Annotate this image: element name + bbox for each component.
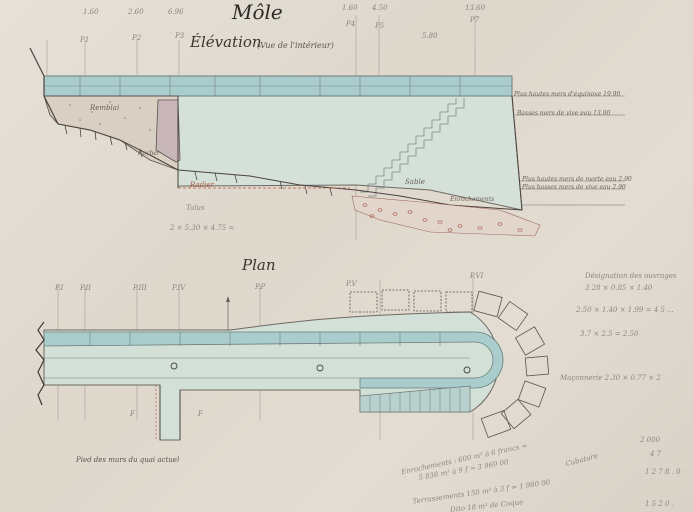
dim-6: 13.60 — [465, 4, 485, 12]
calc-right-2: 3 28 × 0.85 × 1.40 — [585, 284, 652, 292]
label-rocher: Rocher — [138, 150, 160, 157]
dim-1: 1.60 — [83, 8, 99, 16]
calc-right-3: 2.50 × 1.40 × 1.99 = 4 5 ... — [576, 306, 674, 314]
plan-profile-6: P.VI — [470, 272, 483, 280]
calc-right-4: 3.7 × 2.5 = 2.50 — [580, 330, 638, 338]
calc-right-10: 1 5 2 0 . — [645, 500, 674, 508]
plan-profile-2: P.II — [80, 284, 91, 292]
label-enrochements: Enrochements — [450, 196, 494, 203]
dim-7: 5.80 — [422, 32, 438, 40]
calc-right-7: 2 000 — [640, 436, 660, 444]
elevation-sublabel: (Vue de l'intérieur) — [257, 41, 334, 50]
profile-mark-6: P7 — [470, 16, 479, 24]
plan-profile-5: P.V — [346, 280, 357, 288]
profile-mark-5: P5 — [375, 22, 384, 30]
mole-body-elevation — [178, 96, 522, 210]
calc-right-5: Maçonnerie 2.30 × 0.77 × 2 — [560, 374, 661, 382]
calc-right-9: 1 2 7 8 . 0 — [645, 468, 681, 476]
plan-profile-3: P.III — [133, 284, 147, 292]
label-sable: Sable — [405, 178, 425, 186]
label-remblai: Remblai — [90, 104, 119, 112]
note-calc: 2 × 5.30 × 4.75 = — [170, 224, 234, 232]
dim-5: 4.50 — [372, 4, 388, 12]
plan-profile-4: P.IV — [172, 284, 185, 292]
plan-profile-1: P.I — [55, 284, 63, 292]
profile-mark-2: P2 — [132, 34, 141, 42]
elevation-label: Élévation — [190, 33, 262, 51]
rock-blocks-plan — [350, 290, 472, 312]
plan-bottom-note: Pied des murs du quai actuel — [76, 456, 179, 464]
drawing-title: Môle — [232, 0, 283, 24]
left-ragged-edge — [36, 322, 44, 405]
section-mark-left: F — [130, 410, 135, 418]
water-level-3: Plus hautes mers de morte eau 2.90 — [522, 176, 632, 183]
drawing-sheet: Môle Élévation (Vue de l'intérieur) 1.60… — [0, 0, 693, 512]
note-talus: Talus — [186, 204, 205, 212]
water-level-1: Plus hautes mers d'équinoxe 19.90 — [514, 91, 620, 98]
section-mark-right: F — [198, 410, 203, 418]
plan-scale-mark: P.P — [255, 283, 265, 291]
water-level-2: Basses mers de vive eau 13.90 — [517, 110, 610, 117]
technical-drawing — [0, 0, 693, 512]
water-level-4: Plus basses mers de vive eau 2.90 — [522, 184, 626, 191]
calc-right-8: 4 7 — [650, 450, 661, 458]
calc-right-1: Désignation des ouvrages — [585, 272, 677, 280]
profile-mark-4: P4 — [346, 20, 355, 28]
dim-3: 6.96 — [168, 8, 184, 16]
dim-4: 1.60 — [342, 4, 358, 12]
profile-mark-3: P3 — [175, 32, 184, 40]
dim-2: 2.60 — [128, 8, 144, 16]
plan-label: Plan — [242, 256, 276, 274]
profile-mark-1: P1 — [80, 36, 89, 44]
label-radier: Radier — [190, 181, 214, 189]
mole-body-plan — [44, 312, 499, 440]
